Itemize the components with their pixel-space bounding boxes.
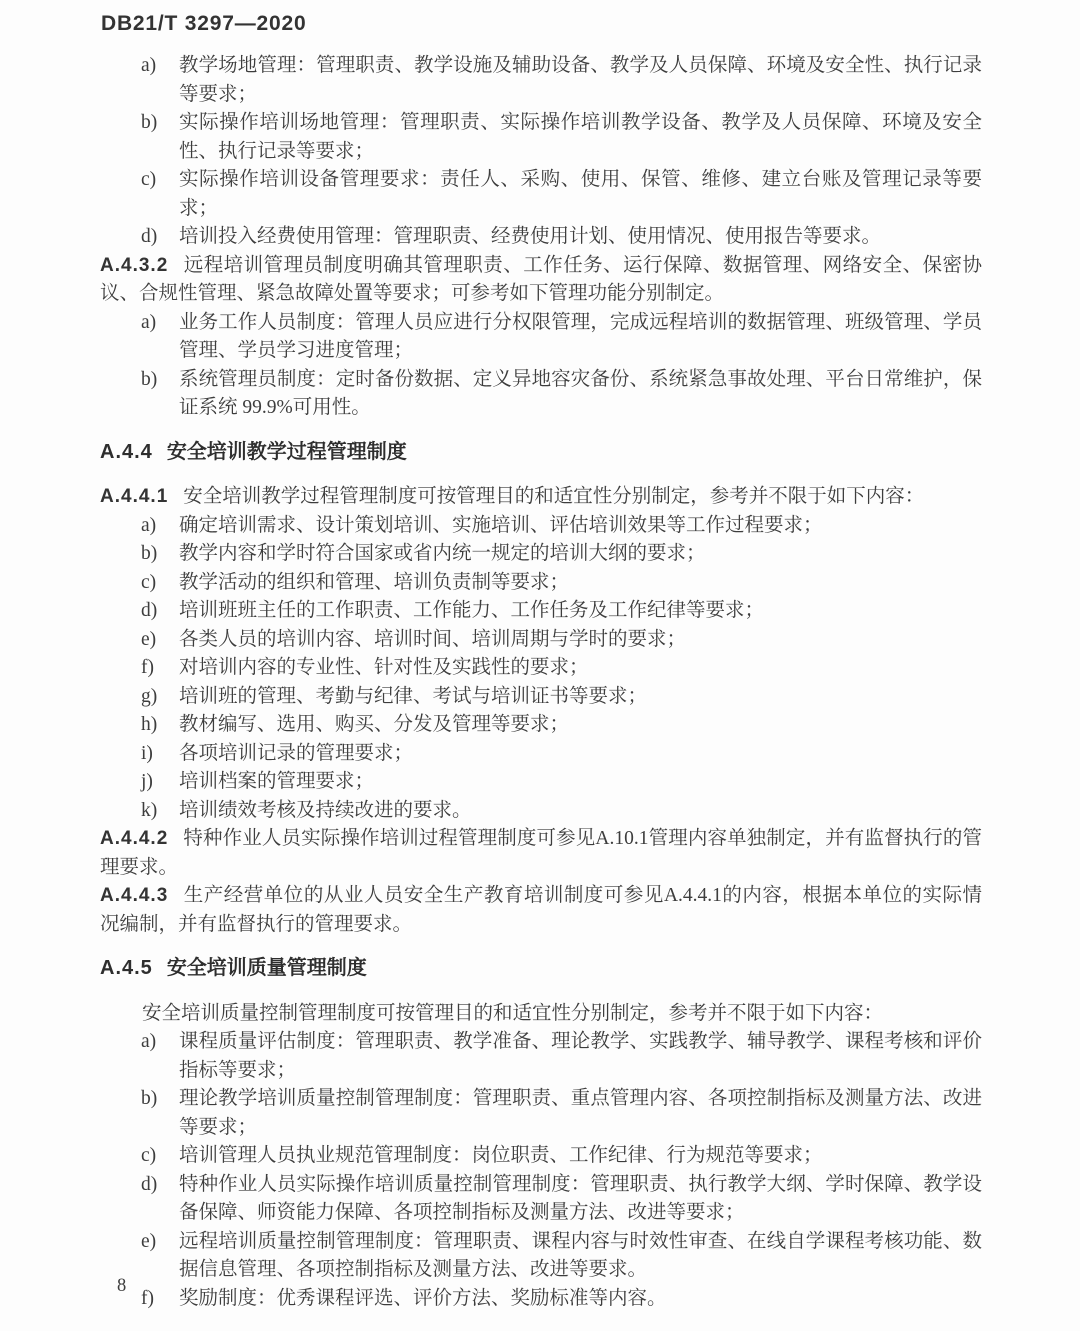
list-item-label: h) bbox=[141, 711, 157, 740]
list-item: b)教学内容和学时符合国家或省内统一规定的培训大纲的要求； bbox=[100, 540, 982, 569]
clause-text: 生产经营单位的从业人员安全生产教育培训制度可参见A.4.4.1的内容，根据本单位… bbox=[100, 885, 982, 935]
list-item-label: b) bbox=[141, 109, 157, 138]
list-item-text: 远程培训质量控制管理制度：管理职责、课程内容与时效性审查、在线自学课程考核功能、… bbox=[179, 1231, 982, 1281]
section-heading: A.4.5安全培训质量管理制度 bbox=[100, 954, 982, 983]
list-item: d)特种作业人员实际操作培训质量控制管理制度：管理职责、执行教学大纲、学时保障、… bbox=[100, 1171, 982, 1228]
list-item-text: 培训档案的管理要求； bbox=[179, 771, 374, 792]
clause-text: 安全培训教学过程管理制度可按管理目的和适宜性分别制定，参考并不限于如下内容： bbox=[183, 486, 924, 507]
list-item-text: 特种作业人员实际操作培训质量控制管理制度：管理职责、执行教学大纲、学时保障、教学… bbox=[179, 1174, 982, 1224]
paragraph-text: 安全培训质量控制管理制度可按管理目的和适宜性分别制定，参考并不限于如下内容： bbox=[142, 1003, 883, 1024]
list-item-label: b) bbox=[141, 540, 157, 569]
standard-number-header: DB21/T 3297—2020 bbox=[101, 12, 306, 36]
list-item: d)培训投入经费使用管理：管理职责、经费使用计划、使用情况、使用报告等要求。 bbox=[100, 223, 982, 252]
clause-text: 远程培训管理员制度明确其管理职责、工作任务、运行保障、数据管理、网络安全、保密协… bbox=[100, 255, 982, 305]
paragraph: 安全培训质量控制管理制度可按管理目的和适宜性分别制定，参考并不限于如下内容： bbox=[100, 1000, 982, 1029]
list-item-text: 系统管理员制度：定时备份数据、定义异地容灾备份、系统紧急事故处理、平台日常维护，… bbox=[179, 369, 982, 419]
list-item: c)实际操作培训设备管理要求：责任人、采购、使用、保管、维修、建立台账及管理记录… bbox=[100, 166, 982, 223]
list-item: c)教学活动的组织和管理、培训负责制等要求； bbox=[100, 569, 982, 598]
list-item: j)培训档案的管理要求； bbox=[100, 768, 982, 797]
list-item-text: 教学活动的组织和管理、培训负责制等要求； bbox=[179, 572, 569, 593]
list-item: i)各项培训记录的管理要求； bbox=[100, 740, 982, 769]
list-item-label: e) bbox=[141, 626, 156, 655]
page-number: 8 bbox=[117, 1276, 126, 1297]
list-item: c)培训管理人员执业规范管理制度：岗位职责、工作纪律、行为规范等要求； bbox=[100, 1142, 982, 1171]
list-item-label: b) bbox=[141, 366, 157, 395]
list-item: f)奖励制度：优秀课程评选、评价方法、奖励标准等内容。 bbox=[100, 1285, 982, 1314]
list-item: h)教材编写、选用、购买、分发及管理等要求； bbox=[100, 711, 982, 740]
section-number: A.4.4 bbox=[100, 441, 153, 463]
list-item-text: 培训投入经费使用管理：管理职责、经费使用计划、使用情况、使用报告等要求。 bbox=[179, 226, 881, 247]
clause-number: A.4.4.1 bbox=[100, 486, 168, 507]
section-number: A.4.5 bbox=[100, 957, 153, 979]
list-item-text: 对培训内容的专业性、针对性及实践性的要求； bbox=[179, 657, 589, 678]
clause-text: 特种作业人员实际操作培训过程管理制度可参见A.10.1管理内容单独制定，并有监督… bbox=[100, 828, 982, 878]
clause-number: A.4.4.3 bbox=[100, 885, 168, 906]
list-item: a)课程质量评估制度：管理职责、教学准备、理论教学、实践教学、辅导教学、课程考核… bbox=[100, 1028, 982, 1085]
list-item-label: f) bbox=[141, 1285, 154, 1314]
clause-paragraph: A.4.4.3生产经营单位的从业人员安全生产教育培训制度可参见A.4.4.1的内… bbox=[100, 882, 982, 939]
list-item: g)培训班的管理、考勤与纪律、考试与培训证书等要求； bbox=[100, 683, 982, 712]
list-item-text: 教学场地管理：管理职责、教学设施及辅助设备、教学及人员保障、环境及安全性、执行记… bbox=[179, 55, 982, 105]
list-item-label: j) bbox=[141, 768, 153, 797]
list-item-label: c) bbox=[141, 1142, 156, 1171]
list-item-text: 各项培训记录的管理要求； bbox=[179, 743, 413, 764]
list-item-label: e) bbox=[141, 1228, 156, 1257]
list-item: a)教学场地管理：管理职责、教学设施及辅助设备、教学及人员保障、环境及安全性、执… bbox=[100, 52, 982, 109]
list-item-text: 教学内容和学时符合国家或省内统一规定的培训大纲的要求； bbox=[179, 543, 706, 564]
list-item: b)理论教学培训质量控制管理制度：管理职责、重点管理内容、各项控制指标及测量方法… bbox=[100, 1085, 982, 1142]
list-item-label: k) bbox=[141, 797, 157, 826]
list-item-text: 教材编写、选用、购买、分发及管理等要求； bbox=[179, 714, 569, 735]
list-item: d)培训班班主任的工作职责、工作能力、工作任务及工作纪律等要求； bbox=[100, 597, 982, 626]
list-item: b)实际操作培训场地管理：管理职责、实际操作培训教学设备、教学及人员保障、环境及… bbox=[100, 109, 982, 166]
list-item-text: 实际操作培训场地管理：管理职责、实际操作培训教学设备、教学及人员保障、环境及安全… bbox=[179, 112, 982, 162]
list-item-label: a) bbox=[141, 1028, 156, 1057]
list-item-text: 确定培训需求、设计策划培训、实施培训、评估培训效果等工作过程要求； bbox=[179, 515, 823, 536]
list-item: e)各类人员的培训内容、培训时间、培训周期与学时的要求； bbox=[100, 626, 982, 655]
list-item-text: 培训班的管理、考勤与纪律、考试与培训证书等要求； bbox=[179, 686, 647, 707]
section-heading: A.4.4安全培训教学过程管理制度 bbox=[100, 438, 982, 467]
list-item-text: 各类人员的培训内容、培训时间、培训周期与学时的要求； bbox=[179, 629, 686, 650]
list-item-label: c) bbox=[141, 166, 156, 195]
document-page: DB21/T 3297—2020 a)教学场地管理：管理职责、教学设施及辅助设备… bbox=[0, 0, 1080, 1331]
list-item-label: f) bbox=[141, 654, 154, 683]
list-item: f)对培训内容的专业性、针对性及实践性的要求； bbox=[100, 654, 982, 683]
list-item-label: d) bbox=[141, 223, 157, 252]
list-item-label: d) bbox=[141, 597, 157, 626]
list-item: e)远程培训质量控制管理制度：管理职责、课程内容与时效性审查、在线自学课程考核功… bbox=[100, 1228, 982, 1285]
list-item-label: a) bbox=[141, 309, 156, 338]
list-item-text: 课程质量评估制度：管理职责、教学准备、理论教学、实践教学、辅导教学、课程考核和评… bbox=[179, 1031, 982, 1081]
list-item-text: 培训管理人员执业规范管理制度：岗位职责、工作纪律、行为规范等要求； bbox=[179, 1145, 823, 1166]
list-item: a)确定培训需求、设计策划培训、实施培训、评估培训效果等工作过程要求； bbox=[100, 512, 982, 541]
document-body: a)教学场地管理：管理职责、教学设施及辅助设备、教学及人员保障、环境及安全性、执… bbox=[100, 52, 982, 1313]
list-item: k)培训绩效考核及持续改进的要求。 bbox=[100, 797, 982, 826]
list-item-text: 理论教学培训质量控制管理制度：管理职责、重点管理内容、各项控制指标及测量方法、改… bbox=[179, 1088, 982, 1138]
clause-paragraph: A.4.3.2远程培训管理员制度明确其管理职责、工作任务、运行保障、数据管理、网… bbox=[100, 252, 982, 309]
list-item-text: 培训绩效考核及持续改进的要求。 bbox=[179, 800, 472, 821]
list-item-label: a) bbox=[141, 52, 156, 81]
list-item-label: b) bbox=[141, 1085, 157, 1114]
clause-paragraph: A.4.4.2特种作业人员实际操作培训过程管理制度可参见A.10.1管理内容单独… bbox=[100, 825, 982, 882]
list-item-text: 培训班班主任的工作职责、工作能力、工作任务及工作纪律等要求； bbox=[179, 600, 764, 621]
list-item-label: g) bbox=[141, 683, 157, 712]
section-title: 安全培训质量管理制度 bbox=[167, 957, 367, 979]
list-item-text: 奖励制度：优秀课程评选、评价方法、奖励标准等内容。 bbox=[179, 1288, 667, 1309]
list-item-label: d) bbox=[141, 1171, 157, 1200]
clause-paragraph: A.4.4.1安全培训教学过程管理制度可按管理目的和适宜性分别制定，参考并不限于… bbox=[100, 483, 982, 512]
list-item: b)系统管理员制度：定时备份数据、定义异地容灾备份、系统紧急事故处理、平台日常维… bbox=[100, 366, 982, 423]
list-item-text: 业务工作人员制度：管理人员应进行分权限管理，完成远程培训的数据管理、班级管理、学… bbox=[179, 312, 982, 362]
clause-number: A.4.3.2 bbox=[100, 255, 168, 276]
list-item: a)业务工作人员制度：管理人员应进行分权限管理，完成远程培训的数据管理、班级管理… bbox=[100, 309, 982, 366]
list-item-text: 实际操作培训设备管理要求：责任人、采购、使用、保管、维修、建立台账及管理记录等要… bbox=[179, 169, 982, 219]
section-title: 安全培训教学过程管理制度 bbox=[167, 441, 407, 463]
clause-number: A.4.4.2 bbox=[100, 828, 168, 849]
list-item-label: c) bbox=[141, 569, 156, 598]
list-item-label: a) bbox=[141, 512, 156, 541]
list-item-label: i) bbox=[141, 740, 153, 769]
